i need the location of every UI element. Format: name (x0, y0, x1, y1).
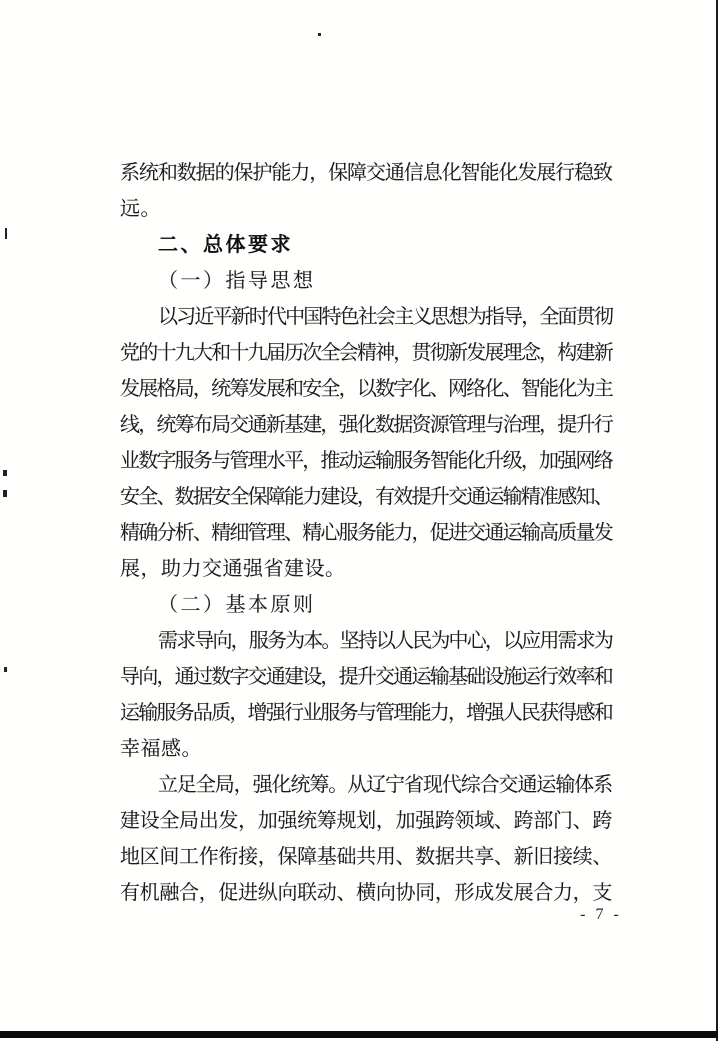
text-line: 系统和数据的保护能力，保障交通信息化智能化发展行稳致 (120, 160, 612, 186)
scan-speck (5, 228, 7, 239)
text-line: 幸福感。 (120, 736, 202, 762)
text-line: 以习近平新时代中国特色社会主义思想为指导，全面贯彻 (158, 304, 612, 330)
page-number: - 7 - (566, 906, 636, 926)
scanned-document-page: 系统和数据的保护能力，保障交通信息化智能化发展行稳致远。二、总体要求（一）指导思… (0, 0, 718, 1041)
text-line: 建设全局出发，加强统筹规划，加强跨领域、跨部门、跨 (120, 808, 612, 834)
text-line: 需求导向，服务为本。坚持以人民为中心，以应用需求为 (158, 628, 612, 654)
text-line: 远。 (120, 196, 161, 222)
text-line: 安全、数据安全保障能力建设，有效提升交通运输精准感知、 (120, 484, 612, 510)
text-line: 展，助力交通强省建设。 (120, 556, 346, 582)
text-line: 发展格局，统筹发展和安全，以数字化、网络化、智能化为主 (120, 376, 612, 402)
subsection-heading: （二）基本原则 (158, 592, 316, 618)
text-line: 业数字服务与管理水平，推动运输服务智能化升级，加强网络 (120, 448, 612, 474)
scan-speck (318, 33, 321, 36)
scan-speck (3, 490, 7, 497)
text-line: 导向，通过数字交通建设，提升交通运输基础设施运行效率和 (120, 664, 612, 690)
text-line: 线，统筹布局交通新基建，强化数据资源管理与治理，提升行 (120, 412, 612, 438)
section-heading: 二、总体要求 (158, 232, 293, 258)
scan-speck (3, 470, 7, 476)
scan-edge-bottom-line (0, 1031, 718, 1038)
text-line: 地区间工作衔接，保障基础共用、数据共享、新旧接续、 (120, 844, 612, 870)
text-line: 党的十九大和十九届历次全会精神，贯彻新发展理念，构建新 (120, 340, 612, 366)
text-line: 运输服务品质，增强行业服务与管理能力，增强人民获得感和 (120, 700, 612, 726)
text-line: 精确分析、精细管理、精心服务能力，促进交通运输高质量发 (120, 520, 612, 546)
text-line: 立足全局，强化统筹。从辽宁省现代综合交通运输体系 (158, 772, 612, 798)
subsection-heading: （一）指导思想 (158, 268, 316, 294)
text-line: 有机融合，促进纵向联动、横向协同，形成发展合力，支 (120, 880, 612, 906)
scan-speck (4, 667, 7, 672)
